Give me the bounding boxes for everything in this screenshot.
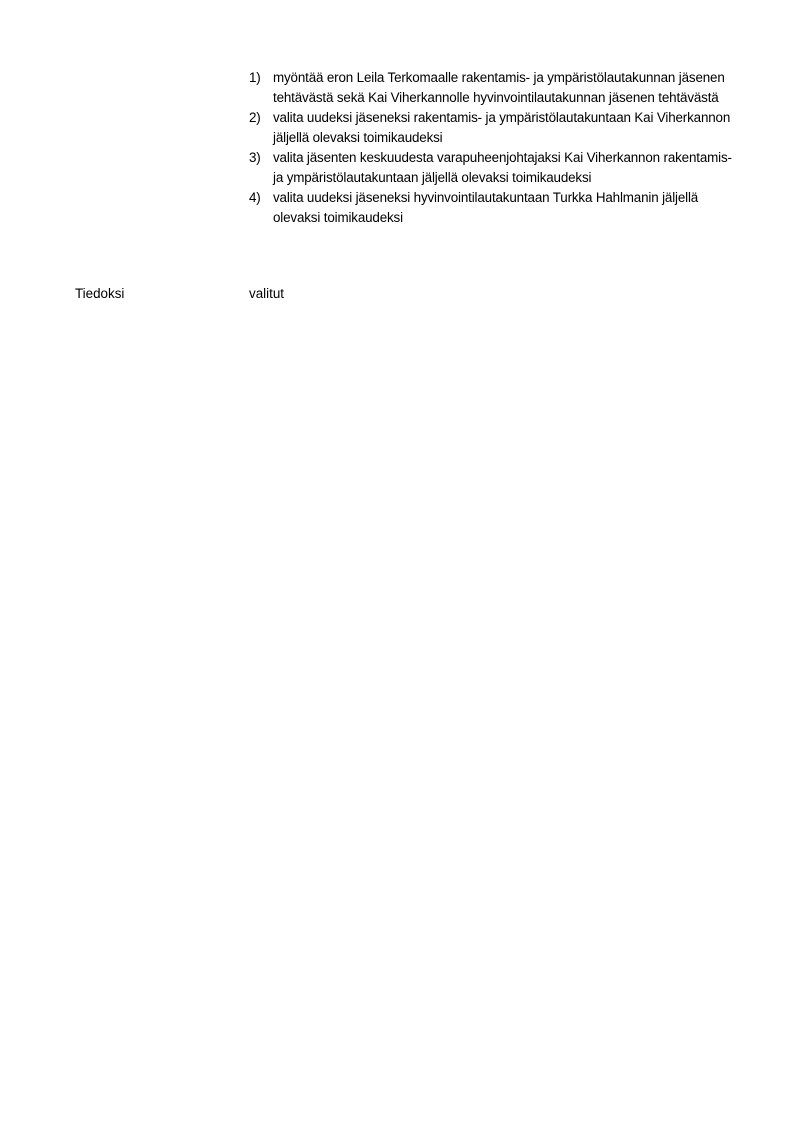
decision-item: 3) valita jäsenten keskuudesta varapuhee… [249,148,739,188]
item-text: valita jäsenten keskuudesta varapuheenjo… [273,150,732,185]
item-number: 4) [249,188,261,208]
item-text: valita uudeksi jäseneksi hyvinvointilaut… [273,190,698,225]
item-text: valita uudeksi jäseneksi rakentamis- ja … [273,110,730,145]
distribution-label: Tiedoksi [75,284,124,304]
decision-list: 1) myöntää eron Leila Terkomaalle rakent… [249,68,739,228]
item-number: 2) [249,108,261,128]
item-number: 1) [249,68,261,88]
item-text: myöntää eron Leila Terkomaalle rakentami… [273,70,725,105]
decision-item: 1) myöntää eron Leila Terkomaalle rakent… [249,68,739,108]
decision-item: 2) valita uudeksi jäseneksi rakentamis- … [249,108,739,148]
decision-item: 4) valita uudeksi jäseneksi hyvinvointil… [249,188,739,228]
item-number: 3) [249,148,261,168]
distribution-value: valitut [249,284,284,304]
